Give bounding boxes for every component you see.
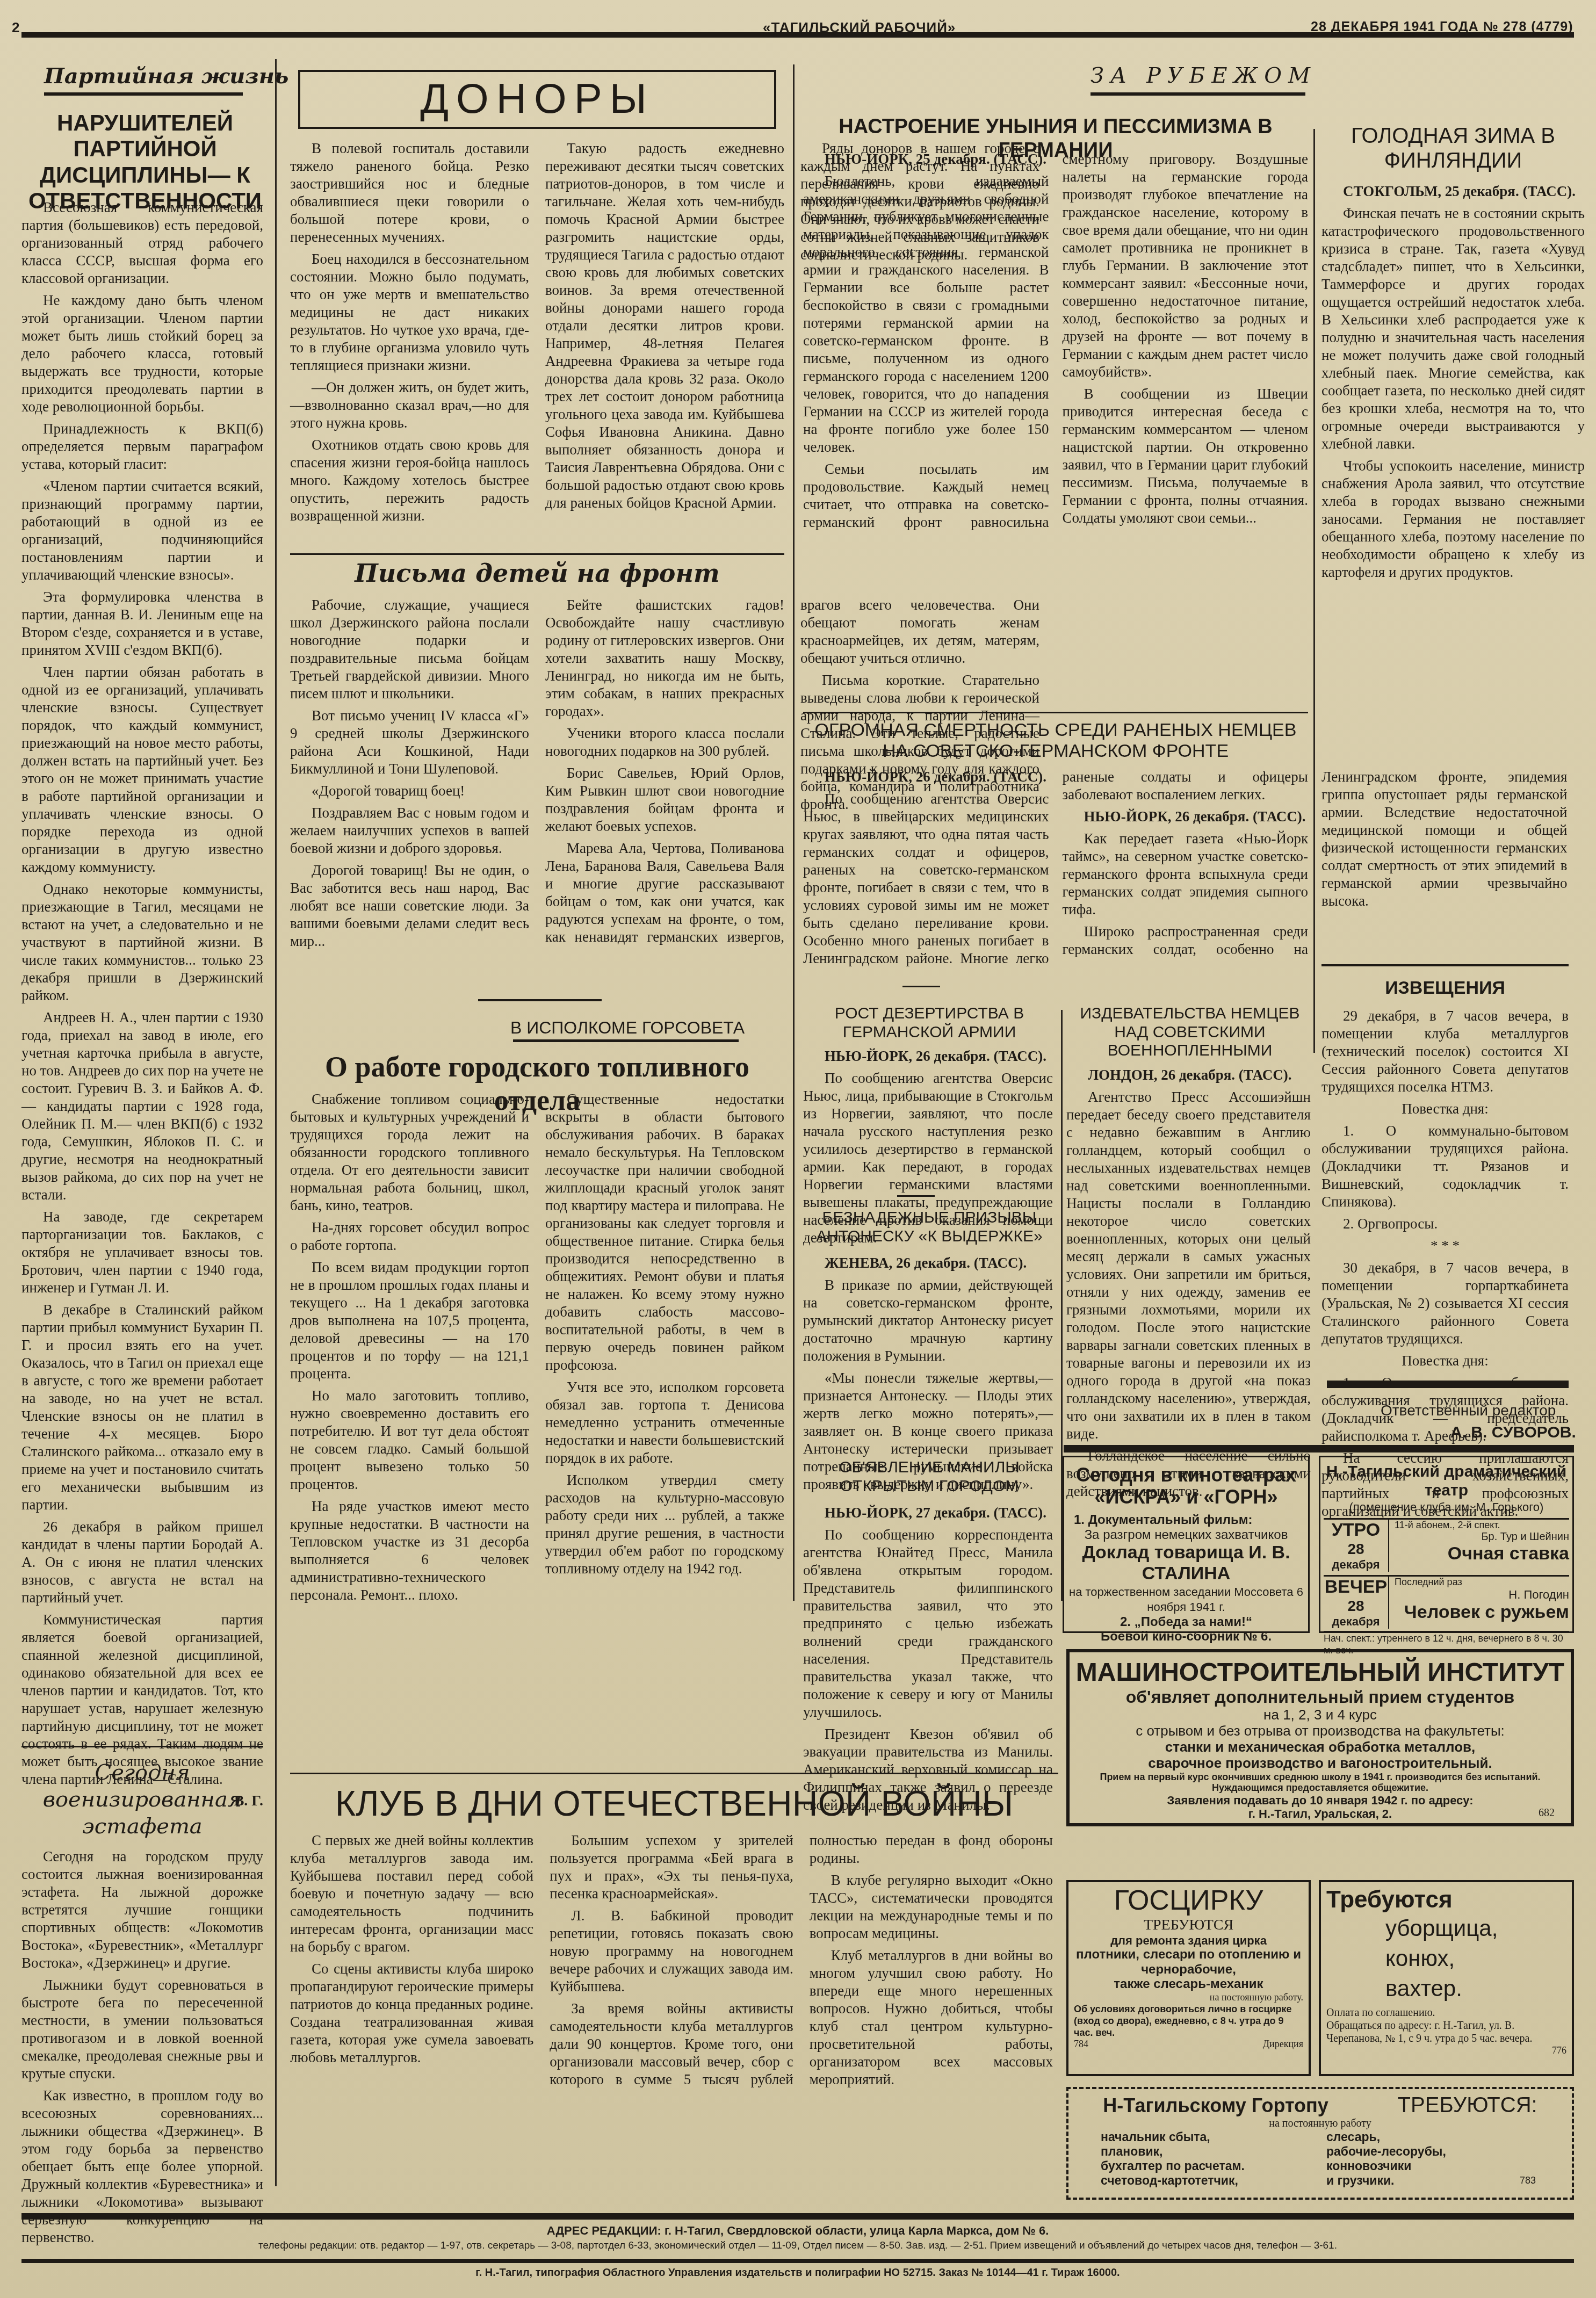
dateline: НЬЮ-ЙОРК, 26 декабря. (ТАСС). [803, 1047, 1053, 1065]
evening-note: Последний раз [1395, 1577, 1569, 1588]
theatre-venue: (помещение клуба им. М. Горького) [1320, 1500, 1572, 1515]
paragraph: На-днях горсовет обсудил вопрос о работе… [290, 1219, 529, 1254]
paragraph: Л. В. Бабкиной проводит репетиции, готов… [550, 1907, 793, 1996]
article-title-desertion: РОСТ ДЕЗЕРТИРСТВА В ГЕРМАНСКОЙ АРМИИ [803, 1005, 1056, 1042]
evening-play: Человек с ружьем [1395, 1602, 1569, 1623]
evening-day: 28 [1324, 1598, 1388, 1615]
article-title-hunger: ГОЛОДНАЯ ЗИМА В ФИНЛЯНДИИ [1321, 124, 1585, 173]
paragraph: —Он должен жить, он будет жить, —взволно… [290, 379, 529, 432]
separator [897, 1195, 935, 1197]
ad-theatre: Н.-Тагильский драматический театр (помещ… [1319, 1456, 1574, 1633]
paragraph: Чтобы успокоить население, министр снабж… [1321, 457, 1585, 581]
footer-rule [21, 2259, 1574, 2263]
gortop-title-right: ТРЕБУЮТСЯ: [1398, 2093, 1537, 2118]
paragraph: Клуб металлургов в дни войны во многом у… [810, 1947, 1053, 2089]
paragraph: В сообщении из Швеции приводится интерес… [1063, 385, 1309, 527]
morning-author: Бр. Тур и Шейнин [1395, 1531, 1569, 1543]
paragraph: Ученики второго класса послали новогодни… [545, 725, 784, 760]
cinema-item1-label: 1. Документальный фильм: [1074, 1513, 1308, 1528]
footer-rule [21, 2213, 1574, 2220]
paragraph: Андреев Н. А., член партии с 1930 года, … [21, 1009, 263, 1204]
gortop-position: счетовод-картотетчик, [1101, 2173, 1326, 2188]
separator [902, 986, 940, 987]
ad-cinema: Сегодня в кинотеатрах «ИСКРА» и «ГОРН» 1… [1063, 1456, 1310, 1633]
job-position: уборщица, [1385, 1913, 1572, 1943]
paragraph: Но мало заготовить топливо, нужно своевр… [290, 1387, 529, 1493]
ad-institute: МАШИНОСТРОИТЕЛЬНЫЙ ИНСТИТУТ об'являет до… [1066, 1649, 1574, 1826]
dateline: СТОКГОЛЬМ, 25 декабря. (ТАСС). [1321, 183, 1585, 200]
dateline: НЬЮ-ЙОРК, 26 декабря. (ТАСС). [803, 768, 1049, 786]
circus-also: также слесарь-механик [1068, 1977, 1309, 1992]
dateline: ЖЕНЕВА, 26 декабря. (ТАСС). [803, 1254, 1053, 1272]
paragraph: 26 декабря в райком пришел кандидат в чл… [21, 1518, 263, 1607]
paragraph: Как известно, в прошлом году во всесоюзн… [21, 2087, 263, 2246]
ad-number: 776 [1321, 2045, 1572, 2056]
dateline: НЬЮ-ЙОРК, 26 декабря. (ТАСС). [1063, 808, 1309, 826]
gortop-positions: начальник сбыта, плановик, бухгалтер по … [1068, 2130, 1572, 2188]
morning-play: Очная ставка [1395, 1543, 1569, 1564]
article-manila: НЬЮ-ЙОРК, 27 декабря. (ТАСС). По сообщен… [803, 1504, 1053, 1818]
gortop-header: Н-Тагильскому Гортопу ТРЕБУЮТСЯ: [1068, 2093, 1572, 2118]
article-title-relay: Сегодня военизированная эстафета [21, 1759, 263, 1840]
jobs-positions: уборщица, конюх, вахтер. [1385, 1913, 1572, 2004]
article-pessimism: НЬЮ-ЙОРК, 25 декабря. (ТАСС). Бюллетень,… [803, 150, 1308, 704]
paragraph: По всем видам продукции гортоп не в прош… [290, 1259, 529, 1383]
paragraph: Член партии обязан работать в одной из е… [21, 663, 263, 876]
theatre-title: Н.-Тагильский драматический театр [1320, 1463, 1572, 1500]
ad-gortop: Н-Тагильскому Гортопу ТРЕБУЮТСЯ: на пост… [1066, 2087, 1574, 2200]
paragraph: В клубе регулярно выходит «Окно ТАСС», с… [810, 1871, 1053, 1942]
newspaper-page: 2 «ТАГИЛЬСКИЙ РАБОЧИЙ» 28 ДЕКАБРЯ 1941 Г… [0, 0, 1596, 2298]
article-title-atrocities: ИЗДЕВАТЕЛЬСТВА НЕМЦЕВ НАД СОВЕТСКИМИ ВОЕ… [1066, 1005, 1313, 1060]
paragraph: Всесоюзная коммунистическая партия (боль… [21, 199, 263, 287]
paragraph: Учтя все это, исполком горсовета обязал … [545, 1378, 784, 1467]
job-position: конюх, [1385, 1943, 1572, 1974]
article-atrocities: ЛОНДОН, 26 декабря. (ТАСС). Агентство Пр… [1066, 1066, 1311, 1505]
paragraph: Поздравляем Вас с новым годом и желаем н… [290, 804, 529, 857]
article-title-manila: ОБ'ЯВЛЕНИЕ МАНИЛЫ ОТКРЫТЫМ ГОРОДОМ [803, 1458, 1056, 1495]
morning-month: декабря [1324, 1558, 1388, 1572]
article-letters: Рабочие, служащие, учащиеся школ Дзержин… [290, 596, 784, 962]
section-executive: В ИСПОЛКОМЕ ГОРСОВЕТА [510, 1018, 745, 1038]
dateline: НЬЮ-ЙОРК, 25 декабря. (ТАСС). [803, 150, 1049, 168]
circus-required: ТРЕБУЮТСЯ [1068, 1917, 1309, 1934]
paragraph: В приказе по армии, действующей на совет… [803, 1276, 1053, 1365]
gortop-position: начальник сбыта, [1101, 2130, 1326, 2144]
ad-jobs: Требуются уборщица, конюх, вахтер. Оплат… [1319, 1880, 1574, 2076]
article-relay: Сегодня на городском пруду состоится лыж… [21, 1848, 263, 2251]
column-divider [1313, 129, 1315, 1053]
separator [1064, 1445, 1574, 1452]
separator-ornament [478, 999, 602, 1001]
section-underline [513, 1039, 739, 1042]
paragraph: По сообщению корреспондента агентства Юн… [803, 1526, 1053, 1721]
column-divider [793, 64, 795, 1601]
separator [290, 553, 784, 555]
circus-title: ГОСЦИРКУ [1068, 1884, 1309, 1917]
gortop-position: и грузчики. [1326, 2173, 1520, 2188]
evening-label: ВЕЧЕР [1324, 1577, 1388, 1598]
ad-number: 783 [1520, 2173, 1536, 2188]
masthead-rule [21, 32, 1574, 38]
circus-purpose: для ремонта здания цирка [1068, 1934, 1309, 1947]
institute-title: МАШИНОСТРОИТЕЛЬНЫЙ ИНСТИТУТ [1070, 1658, 1571, 1687]
section-abroad: ЗА РУБЕЖОМ [1091, 63, 1317, 88]
editor-name: А. В. СУВОРОВ. [1450, 1423, 1576, 1442]
morning-day: 28 [1324, 1541, 1388, 1558]
article-hunger: СТОКГОЛЬМ, 25 декабря. (ТАСС). Финская п… [1321, 183, 1585, 586]
gortop-position: бухгалтер по расчетам. [1101, 2159, 1326, 2173]
paragraph: Снабжение топливом социально-бытовых и к… [290, 1090, 529, 1215]
paragraph: Борис Савельев, Юрий Орлов, Ким Рывкин ш… [545, 764, 784, 835]
cinema-item2-desc: Боевой кино-сборник № 6. [1064, 1629, 1308, 1644]
section-underline [1091, 92, 1305, 96]
footer-phones: телефоны редакции: отв. редактор — 1-97,… [21, 2240, 1574, 2252]
article-club: С первых же дней войны коллектив клуба м… [290, 1832, 1053, 2197]
agenda-item: 1. О коммунально-бытовом обслуживании тр… [1321, 1122, 1569, 1211]
paragraph: Лыжники будут соревноваться в быстроте б… [21, 1976, 263, 2083]
paragraph: Однако некоторые коммунисты, приезжающие… [21, 880, 263, 1005]
jobs-title: Требуются [1326, 1887, 1572, 1913]
paragraph: Бюллетень, издаваемый американскими друз… [803, 172, 1049, 456]
gortop-position: слесарь, [1326, 2130, 1520, 2144]
ad-number: 682 [1539, 1807, 1555, 1819]
paragraph: Бейте фашистских гадов! Освобождайте наш… [545, 596, 784, 720]
cinema-item1-desc: на торжественном заседании Моссовета 6 н… [1064, 1585, 1308, 1615]
paragraph: «Дорогой товарищ боец! [290, 782, 529, 800]
article-title-mortality: ОГРОМНАЯ СМЕРТНОСТЬ СРЕДИ РАНЕНЫХ НЕМЦЕВ… [803, 720, 1308, 762]
paragraph: С первых же дней войны коллектив клуба м… [290, 1832, 533, 1956]
institute-faculties-1: станки и механическая обработка металлов… [1070, 1739, 1571, 1755]
title-line: военизированная [21, 1786, 263, 1813]
separator [1321, 964, 1569, 966]
ad-circus: ГОСЦИРКУ ТРЕБУЮТСЯ для ремонта здания ци… [1066, 1880, 1311, 2076]
paragraph: Со сцены активисты клуба широко пропаган… [290, 1960, 533, 2066]
separator [1327, 1381, 1569, 1388]
article-mortality: НЬЮ-ЙОРК, 26 декабря. (ТАСС). По сообщен… [803, 768, 1308, 972]
page-number: 2 [12, 19, 20, 36]
paragraph: На ряде участков имеют место крупные нед… [290, 1498, 529, 1604]
dateline: НЬЮ-ЙОРК, 27 декабря. (ТАСС). [803, 1504, 1053, 1522]
paragraph: Агентство Пресс Ассошиэйшн передает бесе… [1066, 1088, 1311, 1443]
article-title-letters: Письма детей на фронт [290, 559, 784, 588]
paragraph: Вот письмо учениц IV класса «Г» 9 средне… [290, 707, 529, 778]
paragraph: В полевой госпиталь доставили тяжело ран… [290, 140, 529, 246]
circus-footer: 784 Дирекция [1068, 2039, 1309, 2050]
notices-title: ИЗВЕЩЕНИЯ [1321, 978, 1569, 999]
ad-number: 784 [1074, 2039, 1088, 2050]
jobs-pay: Оплата по соглашению. [1326, 2007, 1566, 2019]
circus-jobs: плотники, слесари по отоплению и чернора… [1068, 1947, 1309, 1977]
paragraph: На заводе, где секретарем парторганизаци… [21, 1208, 263, 1297]
cinema-title: Сегодня в кинотеатрах [1064, 1464, 1308, 1486]
circus-signature: Дирекция [1263, 2039, 1303, 2050]
article-title-antonescu: БЕЗНАДЕЖНЫЕ ПРИЗЫВЫ АНТОНЕСКУ «К ВЫДЕРЖК… [803, 1209, 1056, 1246]
paragraph: Боец находился в бессознательном состоян… [290, 250, 529, 374]
paragraph: Как передает газета «Нью-Йорк таймс», на… [1063, 830, 1309, 919]
separator-stars: * * * [1321, 1237, 1569, 1255]
gortop-subtitle: на постоянную работу [1068, 2118, 1572, 2130]
institute-deadline: Заявления подавать до 10 января 1942 г. … [1070, 1794, 1571, 1807]
morning-label: УТРО [1324, 1520, 1388, 1541]
paragraph: Такую радость ежедневно переживают десят… [545, 140, 784, 512]
evening-month: декабря [1324, 1615, 1388, 1629]
gortop-title-left: Н-Тагильскому Гортопу [1103, 2094, 1328, 2117]
institute-courses: на 1, 2, 3 и 4 курс [1070, 1707, 1571, 1723]
paragraph: Дорогой товарищ! Вы не один, о Вас забот… [290, 862, 529, 950]
title-line: эстафета [21, 1813, 263, 1840]
circus-conditions: Об условиях договориться лично в госцирк… [1068, 2003, 1309, 2039]
paragraph: Сегодня на городском пруду состоится лыж… [21, 1848, 263, 1972]
cinema-item1-sub: За разгром немецких захватчиков [1064, 1528, 1308, 1543]
paragraph: Не каждому дано быть членом этой организ… [21, 292, 263, 416]
morning-note: 11-й абонем., 2-й спект. [1395, 1520, 1569, 1531]
paragraph: Охотников отдать свою кровь для спасения… [290, 436, 529, 525]
dateline: ЛОНДОН, 26 декабря. (ТАСС). [1066, 1066, 1311, 1084]
agenda-label: Повестка дня: [1321, 1352, 1569, 1370]
jobs-contact: Обращаться по адресу: г. Н.-Тагил, ул. В… [1326, 2019, 1566, 2045]
paragraph: Исполком утвердил смету расходов на куль… [545, 1471, 784, 1578]
institute-address: г. Н.-Тагил, Уральская, 2. [1070, 1807, 1571, 1820]
separator [803, 712, 1308, 713]
agenda-label: Повестка дня: [1321, 1100, 1569, 1118]
institute-note: Прием на первый курс окончивших среднюю … [1070, 1772, 1571, 1794]
institute-mode: с отрывом и без отрыва от производства н… [1070, 1723, 1571, 1739]
cinema-item1-main: Доклад товарища И. В. СТАЛИНА [1064, 1542, 1308, 1584]
gortop-position: конновозчики [1326, 2159, 1520, 2173]
paragraph: Существенные недостатки вскрыты в област… [545, 1090, 784, 1374]
column-divider [275, 59, 277, 2186]
article-fuel: Снабжение топливом социально-бытовых и к… [290, 1090, 784, 1703]
job-position: вахтер. [1385, 1974, 1572, 2004]
article-title-donors: ДОНОРЫ [301, 74, 774, 123]
paragraph: Эта формулировка членства в партии, данн… [21, 588, 263, 659]
theatre-morning-row: УТРО 28 декабря 11-й абонем., 2-й спект.… [1324, 1518, 1569, 1572]
paragraph: Финская печать не в состоянии скрыть кат… [1321, 205, 1585, 453]
paragraph: Принадлежность к ВКП(б) определяется пер… [21, 420, 263, 473]
circus-permanent: на постоянную работу. [1068, 1992, 1309, 2003]
institute-faculties-2: сварочное производство и вагоностроитель… [1070, 1755, 1571, 1772]
evening-author: Н. Погодин [1395, 1588, 1569, 1602]
article-discipline: Всесоюзная коммунистическая партия (боль… [21, 199, 263, 1810]
notice-text: 30 декабря, в 7 часов вечера, в помещени… [1321, 1259, 1569, 1348]
notice-text: 29 декабря, в 7 часов вечера, в помещени… [1321, 1007, 1569, 1096]
gortop-position: плановик, [1101, 2144, 1326, 2159]
paragraph: Президент Квезон об'явил об эвакуации пр… [803, 1725, 1053, 1814]
paragraph: Рабочие, служащие, учащиеся школ Дзержин… [290, 596, 529, 703]
separator [21, 1746, 263, 1747]
cinema-item2-label: 2. „Победа за нами!“ [1064, 1615, 1308, 1630]
paragraph: В декабре в Сталинский райком партии при… [21, 1301, 263, 1514]
agenda-item: 2. Оргвопросы. [1321, 1215, 1569, 1233]
article-donors: В полевой госпиталь доставили тяжело ран… [290, 140, 784, 548]
gortop-position: рабочие-лесорубы, [1326, 2144, 1520, 2159]
paragraph: Большим успехом у зрителей пользуется пр… [550, 1832, 793, 1903]
footer-printer: г. Н.-Тагил, типография Областного Управ… [21, 2267, 1574, 2279]
section-party-life: Партийная жизнь [44, 63, 288, 89]
section-underline [44, 92, 243, 96]
theatre-evening-row: ВЕЧЕР 28 декабря Последний раз Н. Погоди… [1324, 1575, 1569, 1629]
paragraph: «Членом партии считается всякий, признаю… [21, 478, 263, 584]
institute-address-row: г. Н.-Тагил, Уральская, 2. 682 [1070, 1807, 1571, 1820]
institute-subtitle: об'являет дополнительный прием студентов [1070, 1687, 1571, 1707]
title-line: Сегодня [21, 1759, 263, 1786]
cinema-theaters: «ИСКРА» и «ГОРН» [1064, 1486, 1308, 1508]
editor-label: Ответственный редактор [1381, 1402, 1556, 1419]
footer-address: АДРЕС РЕДАКЦИИ: г. Н-Тагил, Свердловской… [21, 2224, 1574, 2238]
